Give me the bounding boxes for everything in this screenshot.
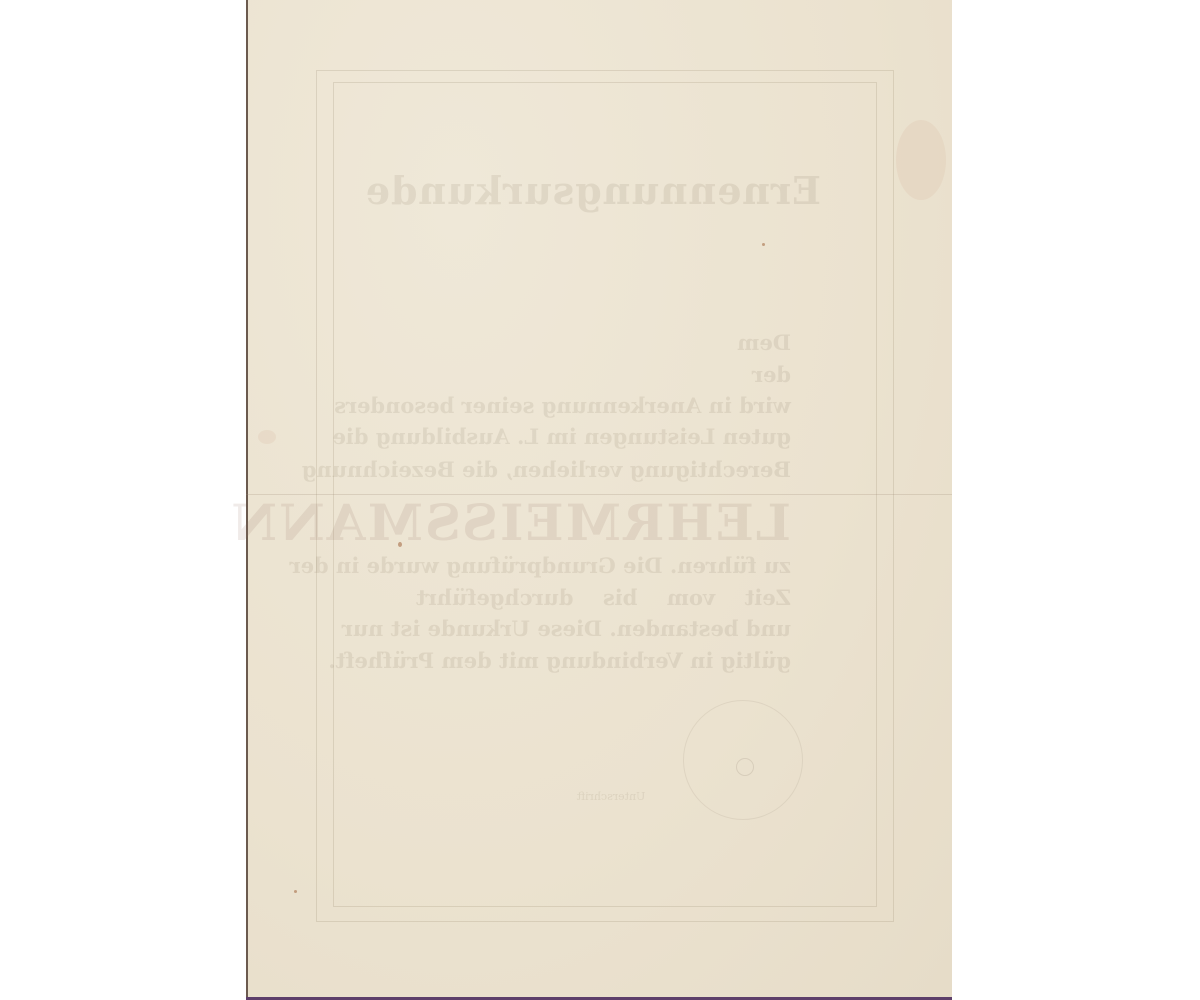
ghost-line: zu führen. Die Grundprüfung wurde in der bbox=[416, 553, 791, 578]
ghost-line: Berechtigung verliehen, die Bezeichnung bbox=[416, 457, 791, 482]
ghost-line: und bestanden. Diese Urkunde ist nur bbox=[416, 616, 791, 641]
ghost-line: gültig in Verbindung mit dem Prüfheft. bbox=[416, 648, 791, 673]
ghost-line: Zeit vom bis durchgeführt bbox=[416, 585, 791, 610]
ink-speck bbox=[762, 243, 765, 246]
document-page: Ernennungsurkunde Dem der wird in Anerke… bbox=[246, 0, 952, 998]
ghost-line: der bbox=[416, 362, 791, 387]
ghost-line: guten Leistungen im L. Ausbildung die bbox=[416, 424, 791, 449]
age-stain bbox=[896, 120, 946, 200]
ghost-line: Dem bbox=[416, 330, 791, 355]
ghost-title: Ernennungsurkunde bbox=[391, 168, 821, 213]
ghost-signature-line: Unterschrift bbox=[486, 790, 736, 803]
ink-speck bbox=[294, 890, 297, 893]
ghost-line: wird in Anerkennung seiner besonders bbox=[416, 393, 791, 418]
ink-speck bbox=[398, 542, 402, 547]
ghost-highlight-word: LEHRMEISSMANN bbox=[406, 493, 791, 552]
age-stain bbox=[258, 430, 276, 444]
ghost-seal-emblem bbox=[736, 758, 754, 776]
